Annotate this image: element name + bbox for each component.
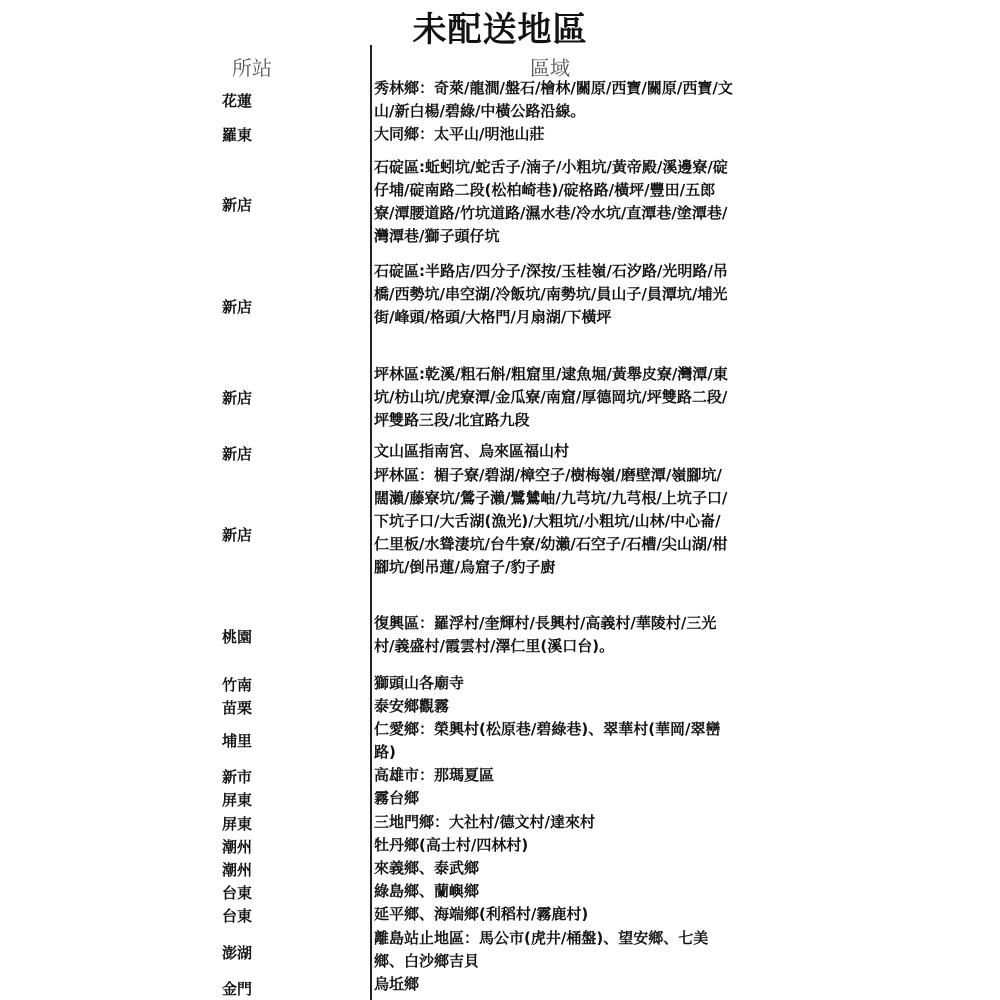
station-label: 羅東: [222, 124, 252, 145]
station-label: 新店: [222, 524, 252, 545]
station-label: 埔里: [222, 730, 252, 751]
station-label: 花蓮: [222, 90, 252, 111]
area-text: 坪林區:乾溪/粗石斛/粗窟里/逮魚堀/黃舉皮寮/灣潭/東坑/枋山坑/虎寮潭/金瓜…: [374, 363, 734, 432]
column-divider: [370, 45, 372, 1000]
station-label: 桃園: [222, 626, 252, 647]
area-text: 泰安鄉觀霧: [374, 695, 734, 718]
area-text: 牡丹鄉(高士村/四林村): [374, 834, 734, 857]
area-text: 文山區指南宮、烏來區福山村: [374, 440, 734, 463]
station-label: 竹南: [222, 674, 252, 695]
station-label: 屏東: [222, 813, 252, 834]
station-label: 澎湖: [222, 942, 252, 963]
station-label: 潮州: [222, 859, 252, 880]
area-text: 來義鄉、泰武鄉: [374, 857, 734, 880]
area-text: 三地門鄉：大社村/德文村/達來村: [374, 811, 734, 834]
area-text: 秀林鄉：奇萊/龍澗/盤石/檜林/關原/西寶/關原/西寶/文山/新白楊/碧綠/中橫…: [374, 77, 734, 123]
station-label: 新市: [222, 766, 252, 787]
station-label: 金門: [222, 978, 252, 999]
station-label: 新店: [222, 194, 252, 215]
area-text: 石碇區:半路店/四分子/深按/玉桂嶺/石汐路/光明路/吊橋/西勢坑/串空湖/冷飯…: [374, 260, 734, 329]
area-text: 延平鄉、海端鄉(利稻村/霧鹿村): [374, 903, 734, 926]
station-label: 台東: [222, 882, 252, 903]
page-title: 未配送地區: [0, 2, 1000, 51]
area-text: 綠島鄉、蘭嶼鄉: [374, 880, 734, 903]
station-label: 新店: [222, 443, 252, 464]
area-text: 仁愛鄉：榮興村(松原巷/碧綠巷)、翠華村(華岡/翠巒路): [374, 718, 734, 764]
area-text: 高雄市：那瑪夏區: [374, 764, 734, 787]
area-text: 獅頭山各廟寺: [374, 672, 734, 695]
area-text: 大同鄉：太平山/明池山莊: [374, 123, 734, 146]
station-label: 新店: [222, 387, 252, 408]
station-label: 屏東: [222, 789, 252, 810]
station-label: 新店: [222, 296, 252, 317]
station-label: 苗栗: [222, 697, 252, 718]
area-text: 離島站止地區：馬公市(虎井/桶盤)、望安鄉、七美鄉、白沙鄉吉貝: [374, 927, 734, 973]
area-text: 石碇區:蚯蚓坑/蛇舌子/湳子/小粗坑/黃帝殿/溪邊寮/碇仔埔/碇南路二段(松柏崎…: [374, 156, 734, 248]
area-text: 坪林區：楣子寮/碧湖/樟空子/樹梅嶺/磨壁潭/嶺腳坑/闊瀨/藤寮坑/鶯子瀨/鷺鷥…: [374, 464, 734, 579]
station-label: 台東: [222, 905, 252, 926]
area-text: 霧台鄉: [374, 787, 734, 810]
area-text: 烏坵鄉: [374, 973, 734, 996]
station-column-header: 所站: [232, 52, 272, 81]
station-label: 潮州: [222, 836, 252, 857]
area-text: 復興區：羅浮村/奎輝村/長興村/高義村/華陵村/三光村/義盛村/霞雲村/澤仁里(…: [374, 612, 734, 658]
